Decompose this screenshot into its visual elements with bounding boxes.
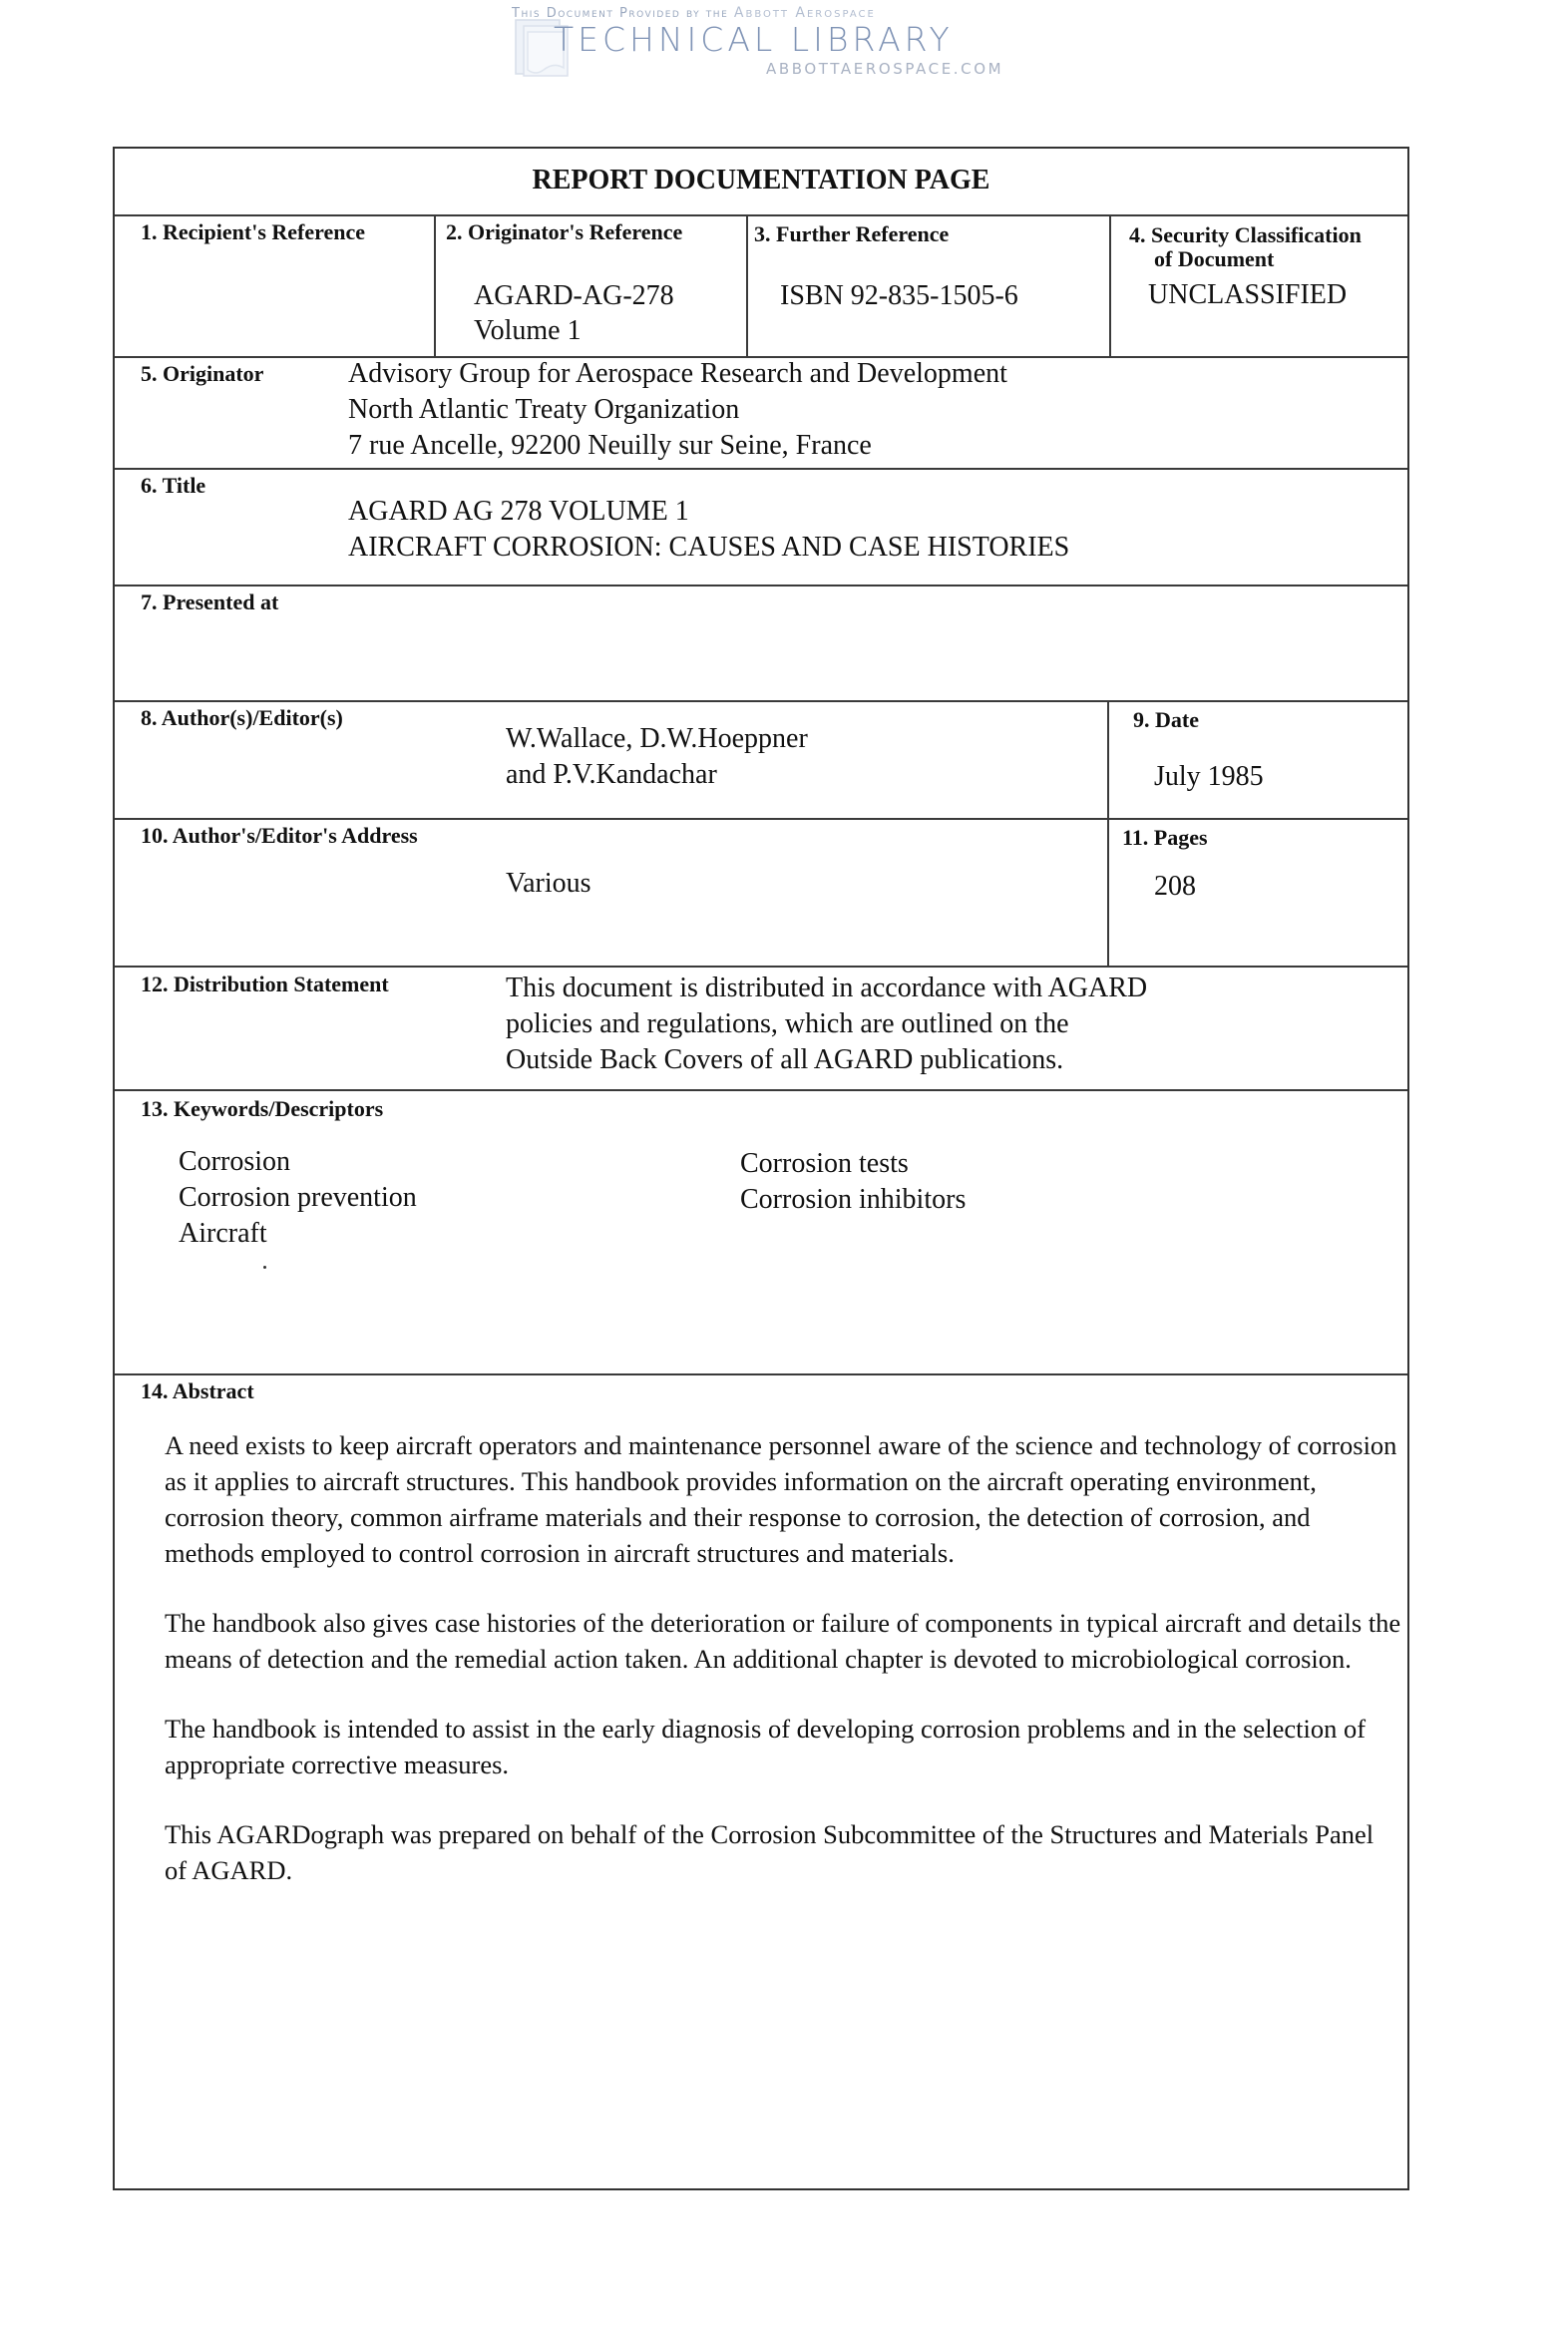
abstract-paragraph: The handbook is intended to assist in th… xyxy=(165,1711,1401,1782)
distribution-line: This document is distributed in accordan… xyxy=(506,971,1147,1006)
security-classification-label: 4. Security Classification xyxy=(1129,222,1362,248)
title-line: AIRCRAFT CORROSION: CAUSES AND CASE HIST… xyxy=(348,530,1069,566)
watermark-technical-library: TECHNICAL LIBRARY xyxy=(554,20,954,59)
distribution-line: policies and regulations, which are outl… xyxy=(506,1006,1069,1042)
watermark-provided-by: This Document Provided by the Abbott Aer… xyxy=(512,5,876,21)
abstract-paragraph: This AGARDograph was prepared on behalf … xyxy=(165,1816,1401,1888)
stray-mark xyxy=(263,1266,266,1269)
address-value: Various xyxy=(506,866,591,902)
originator-reference-value: AGARD-AG-278 xyxy=(474,278,674,314)
abstract-paragraph: The handbook also gives case histories o… xyxy=(165,1605,1401,1677)
row-divider xyxy=(115,214,1407,216)
date-value: July 1985 xyxy=(1154,759,1264,795)
keyword-item: Corrosion prevention xyxy=(179,1180,417,1216)
col-divider xyxy=(1107,700,1109,966)
report-documentation-form: REPORT DOCUMENTATION PAGE 1. Recipient's… xyxy=(113,147,1409,2190)
title-line: AGARD AG 278 VOLUME 1 xyxy=(348,494,689,530)
originator-reference-label: 2. Originator's Reference xyxy=(446,219,682,245)
pages-value: 208 xyxy=(1154,869,1196,905)
recipient-reference-label: 1. Recipient's Reference xyxy=(141,219,365,245)
keyword-item: Corrosion xyxy=(179,1144,290,1180)
keyword-item: Aircraft xyxy=(179,1216,267,1252)
watermark-brand: Abbott Aerospace xyxy=(734,5,876,21)
col-divider xyxy=(746,214,748,356)
further-reference-label: 3. Further Reference xyxy=(754,221,949,247)
originator-label: 5. Originator xyxy=(141,356,263,392)
watermark-url: ABBOTTAEROSPACE.COM xyxy=(766,60,1003,78)
presented-at-label: 7. Presented at xyxy=(141,585,278,620)
further-reference-value: ISBN 92-835-1505-6 xyxy=(780,278,1018,314)
authors-line: and P.V.Kandachar xyxy=(506,757,717,793)
distribution-label: 12. Distribution Statement xyxy=(141,967,389,1002)
originator-line: 7 rue Ancelle, 92200 Neuilly sur Seine, … xyxy=(348,428,872,464)
col-divider xyxy=(434,214,436,356)
security-classification-label-2: of Document xyxy=(1154,246,1274,272)
keyword-item: Corrosion tests xyxy=(740,1146,909,1182)
distribution-line: Outside Back Covers of all AGARD publica… xyxy=(506,1042,1063,1078)
watermark-header: This Document Provided by the Abbott Aer… xyxy=(0,0,1568,90)
title-label: 6. Title xyxy=(141,468,205,504)
row-divider xyxy=(115,585,1407,586)
originator-reference-volume: Volume 1 xyxy=(474,313,582,349)
address-label: 10. Author's/Editor's Address xyxy=(141,818,418,854)
form-title: REPORT DOCUMENTATION PAGE xyxy=(115,165,1407,196)
authors-label: 8. Author(s)/Editor(s) xyxy=(141,700,343,736)
keyword-item: Corrosion inhibitors xyxy=(740,1182,966,1218)
abstract-paragraph: A need exists to keep aircraft operators… xyxy=(165,1427,1401,1571)
abstract-body: A need exists to keep aircraft operators… xyxy=(165,1427,1401,1922)
pages-label: 11. Pages xyxy=(1122,820,1208,856)
originator-line: North Atlantic Treaty Organization xyxy=(348,392,739,428)
abstract-label: 14. Abstract xyxy=(141,1375,254,1407)
keywords-label: 13. Keywords/Descriptors xyxy=(141,1091,383,1127)
originator-line: Advisory Group for Aerospace Research an… xyxy=(348,356,1007,392)
col-divider xyxy=(1109,214,1111,356)
date-label: 9. Date xyxy=(1133,702,1199,738)
security-classification-value: UNCLASSIFIED xyxy=(1148,277,1347,313)
watermark-prefix: This Document Provided by the xyxy=(512,6,728,21)
row-divider xyxy=(115,468,1407,470)
authors-line: W.Wallace, D.W.Hoeppner xyxy=(506,721,808,757)
row-divider xyxy=(115,1373,1407,1375)
